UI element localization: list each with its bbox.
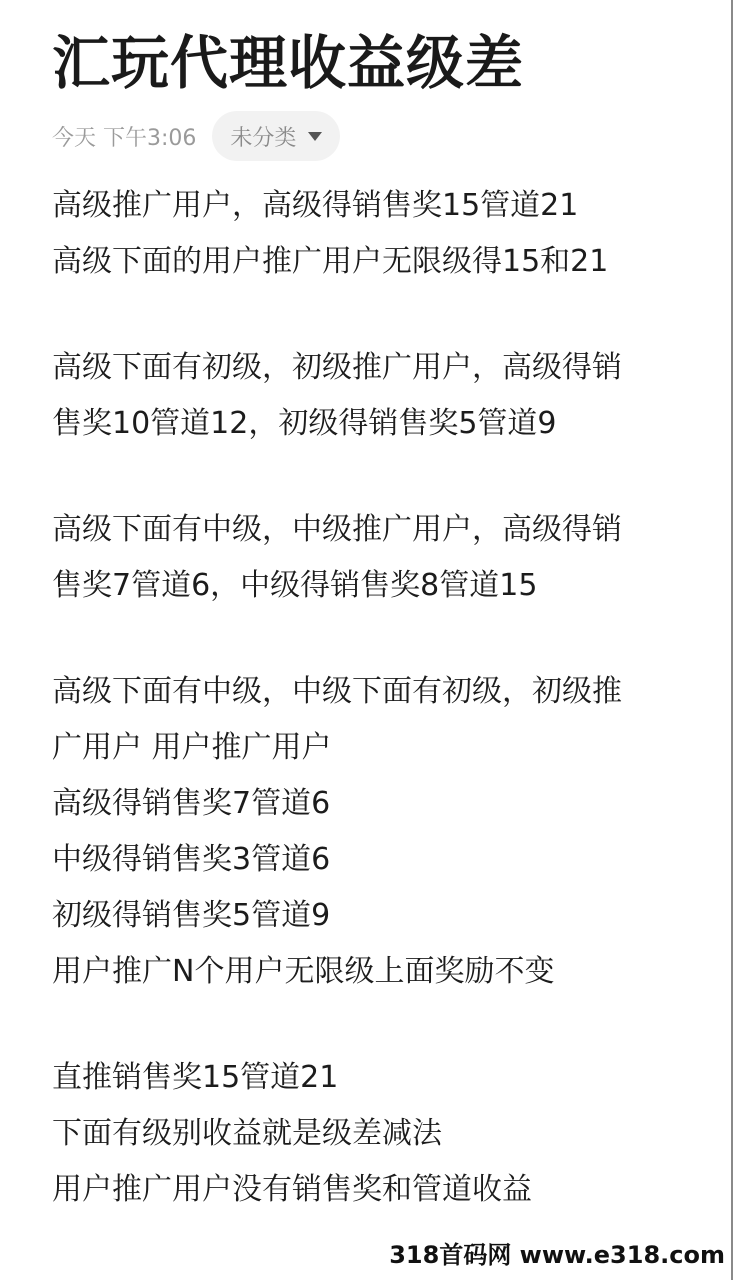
note-title[interactable]: 汇玩代理收益级差	[52, 28, 524, 98]
note-line: 用户推广用户没有销售奖和管道收益	[52, 1162, 712, 1218]
note-line: 售奖7管道6，中级得销售奖8管道15	[52, 558, 712, 614]
note-line: 售奖10管道12，初级得销售奖5管道9	[52, 396, 712, 452]
note-line: 高级得销售奖7管道6	[52, 776, 712, 832]
category-label: 未分类	[230, 121, 296, 152]
note-line: 高级推广用户，高级得销售奖15管道21	[52, 178, 712, 234]
note-meta: 今天 下午3:06 未分类	[52, 111, 340, 161]
category-dropdown[interactable]: 未分类	[212, 111, 340, 161]
note-body[interactable]: 高级推广用户，高级得销售奖15管道21 高级下面的用户推广用户无限级得15和21…	[52, 178, 712, 1218]
note-line: 广用户 用户推广用户	[52, 720, 712, 776]
blank-line	[52, 290, 712, 340]
caret-down-icon	[308, 132, 322, 141]
blank-line	[52, 452, 712, 502]
note-line: 初级得销售奖5管道9	[52, 888, 712, 944]
watermark: 318首码网 www.e318.com	[389, 1235, 725, 1270]
note-line: 下面有级别收益就是级差减法	[52, 1106, 712, 1162]
note-line: 高级下面有初级，初级推广用户，高级得销	[52, 340, 712, 396]
note-line: 高级下面的用户推广用户无限级得15和21	[52, 234, 712, 290]
note-line: 用户推广N个用户无限级上面奖励不变	[52, 944, 712, 1000]
note-line: 高级下面有中级，中级下面有初级，初级推	[52, 664, 712, 720]
note-line: 直推销售奖15管道21	[52, 1050, 712, 1106]
blank-line	[52, 1000, 712, 1050]
blank-line	[52, 614, 712, 664]
note-timestamp: 今天 下午3:06	[52, 121, 196, 152]
note-line: 高级下面有中级，中级推广用户，高级得销	[52, 502, 712, 558]
note-line: 中级得销售奖3管道6	[52, 832, 712, 888]
